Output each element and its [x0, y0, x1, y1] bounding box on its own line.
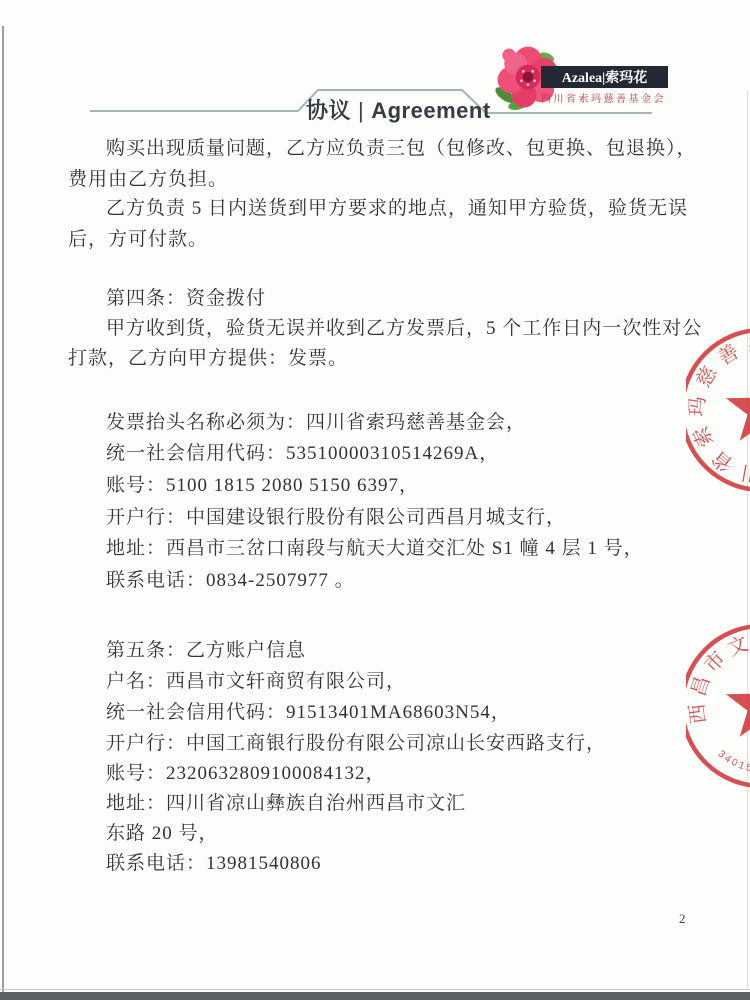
svg-text:文: 文	[724, 632, 750, 661]
title-zh: 协议	[306, 98, 351, 123]
contract-line: 购买出现质量问题，乙方应负责三包（包修改、包更换、包退换），	[106, 138, 697, 160]
contract-line: 户名：西昌市文轩商贸有限公司，	[106, 671, 406, 693]
contract-line: 东路 20 号，	[106, 823, 219, 845]
logo-caption: 四川省索玛慈善基金会	[541, 90, 676, 105]
page-title: 协议|Agreement	[306, 94, 491, 125]
contract-line: 打款，乙方向甲方提供：发票。	[68, 348, 348, 370]
logo-brand-badge: Azalea|索玛花	[541, 66, 668, 88]
title-en: Agreement	[371, 98, 490, 123]
scan-edge-bottom-line	[0, 989, 750, 990]
scanned-contract-page: 协议|Agreement Azalea|索玛花 四川省索玛慈善基金会 购买出现质…	[0, 0, 750, 1000]
contract-line: 开户行：中国工商银行股份有限公司凉山长安西路支行，	[106, 733, 606, 755]
contract-line: 发票抬头名称必须为：四川省索玛慈善基金会，	[106, 412, 526, 434]
contract-line: 统一社会信用代码：53510000310514269A，	[106, 443, 499, 465]
seal-star-icon	[726, 372, 750, 441]
contract-line: 开户行：中国建设银行股份有限公司西昌月城支行，	[106, 507, 566, 529]
contract-line: 地址：四川省凉山彝族自治州西昌市文汇	[106, 793, 466, 815]
svg-text:玛: 玛	[686, 396, 710, 417]
scan-edge-right	[747, 90, 748, 990]
contract-line: 乙方负责 5 日内送货到甲方要求的地点，通知甲方验货，验货无误	[106, 198, 688, 220]
contract-line: 费用由乙方负担。	[68, 169, 228, 191]
contract-line: 第四条：资金拨付	[106, 288, 266, 310]
page-number: 2	[679, 911, 686, 927]
contract-line: 后，方可付款。	[68, 229, 208, 251]
vendor-company-seal: 西昌市文轩商贸有限公司340150	[686, 610, 750, 802]
charity-foundation-seal: 四川省索玛慈善基金会	[686, 316, 750, 508]
seal-star-icon	[726, 668, 750, 737]
title-divider: |	[358, 98, 364, 123]
contract-line: 第五条：乙方账户信息	[106, 640, 306, 662]
scan-edge-bottom	[0, 992, 750, 1000]
svg-text:川: 川	[739, 461, 750, 486]
contract-line: 联系电话：0834-2507977 。	[106, 570, 355, 592]
contract-line: 账号：2320632809100084132，	[106, 763, 386, 785]
contract-line: 甲方收到货，验货无误并收到乙方发票后，5 个工作日内一次性对公	[106, 318, 702, 340]
svg-text:昌: 昌	[688, 673, 715, 699]
contract-line: 账号：5100 1815 2080 5150 6397，	[106, 475, 419, 497]
contract-line: 联系电话：13981540806	[106, 853, 322, 875]
svg-text:5: 5	[745, 762, 750, 774]
scan-edge-left	[2, 26, 4, 992]
contract-line: 统一社会信用代码：91513401MA68603N54，	[106, 702, 511, 724]
contract-line: 地址：西昌市三岔口南段与航天大道交汇处 S1 幢 4 层 1 号，	[106, 538, 644, 560]
svg-text:西: 西	[686, 703, 711, 726]
